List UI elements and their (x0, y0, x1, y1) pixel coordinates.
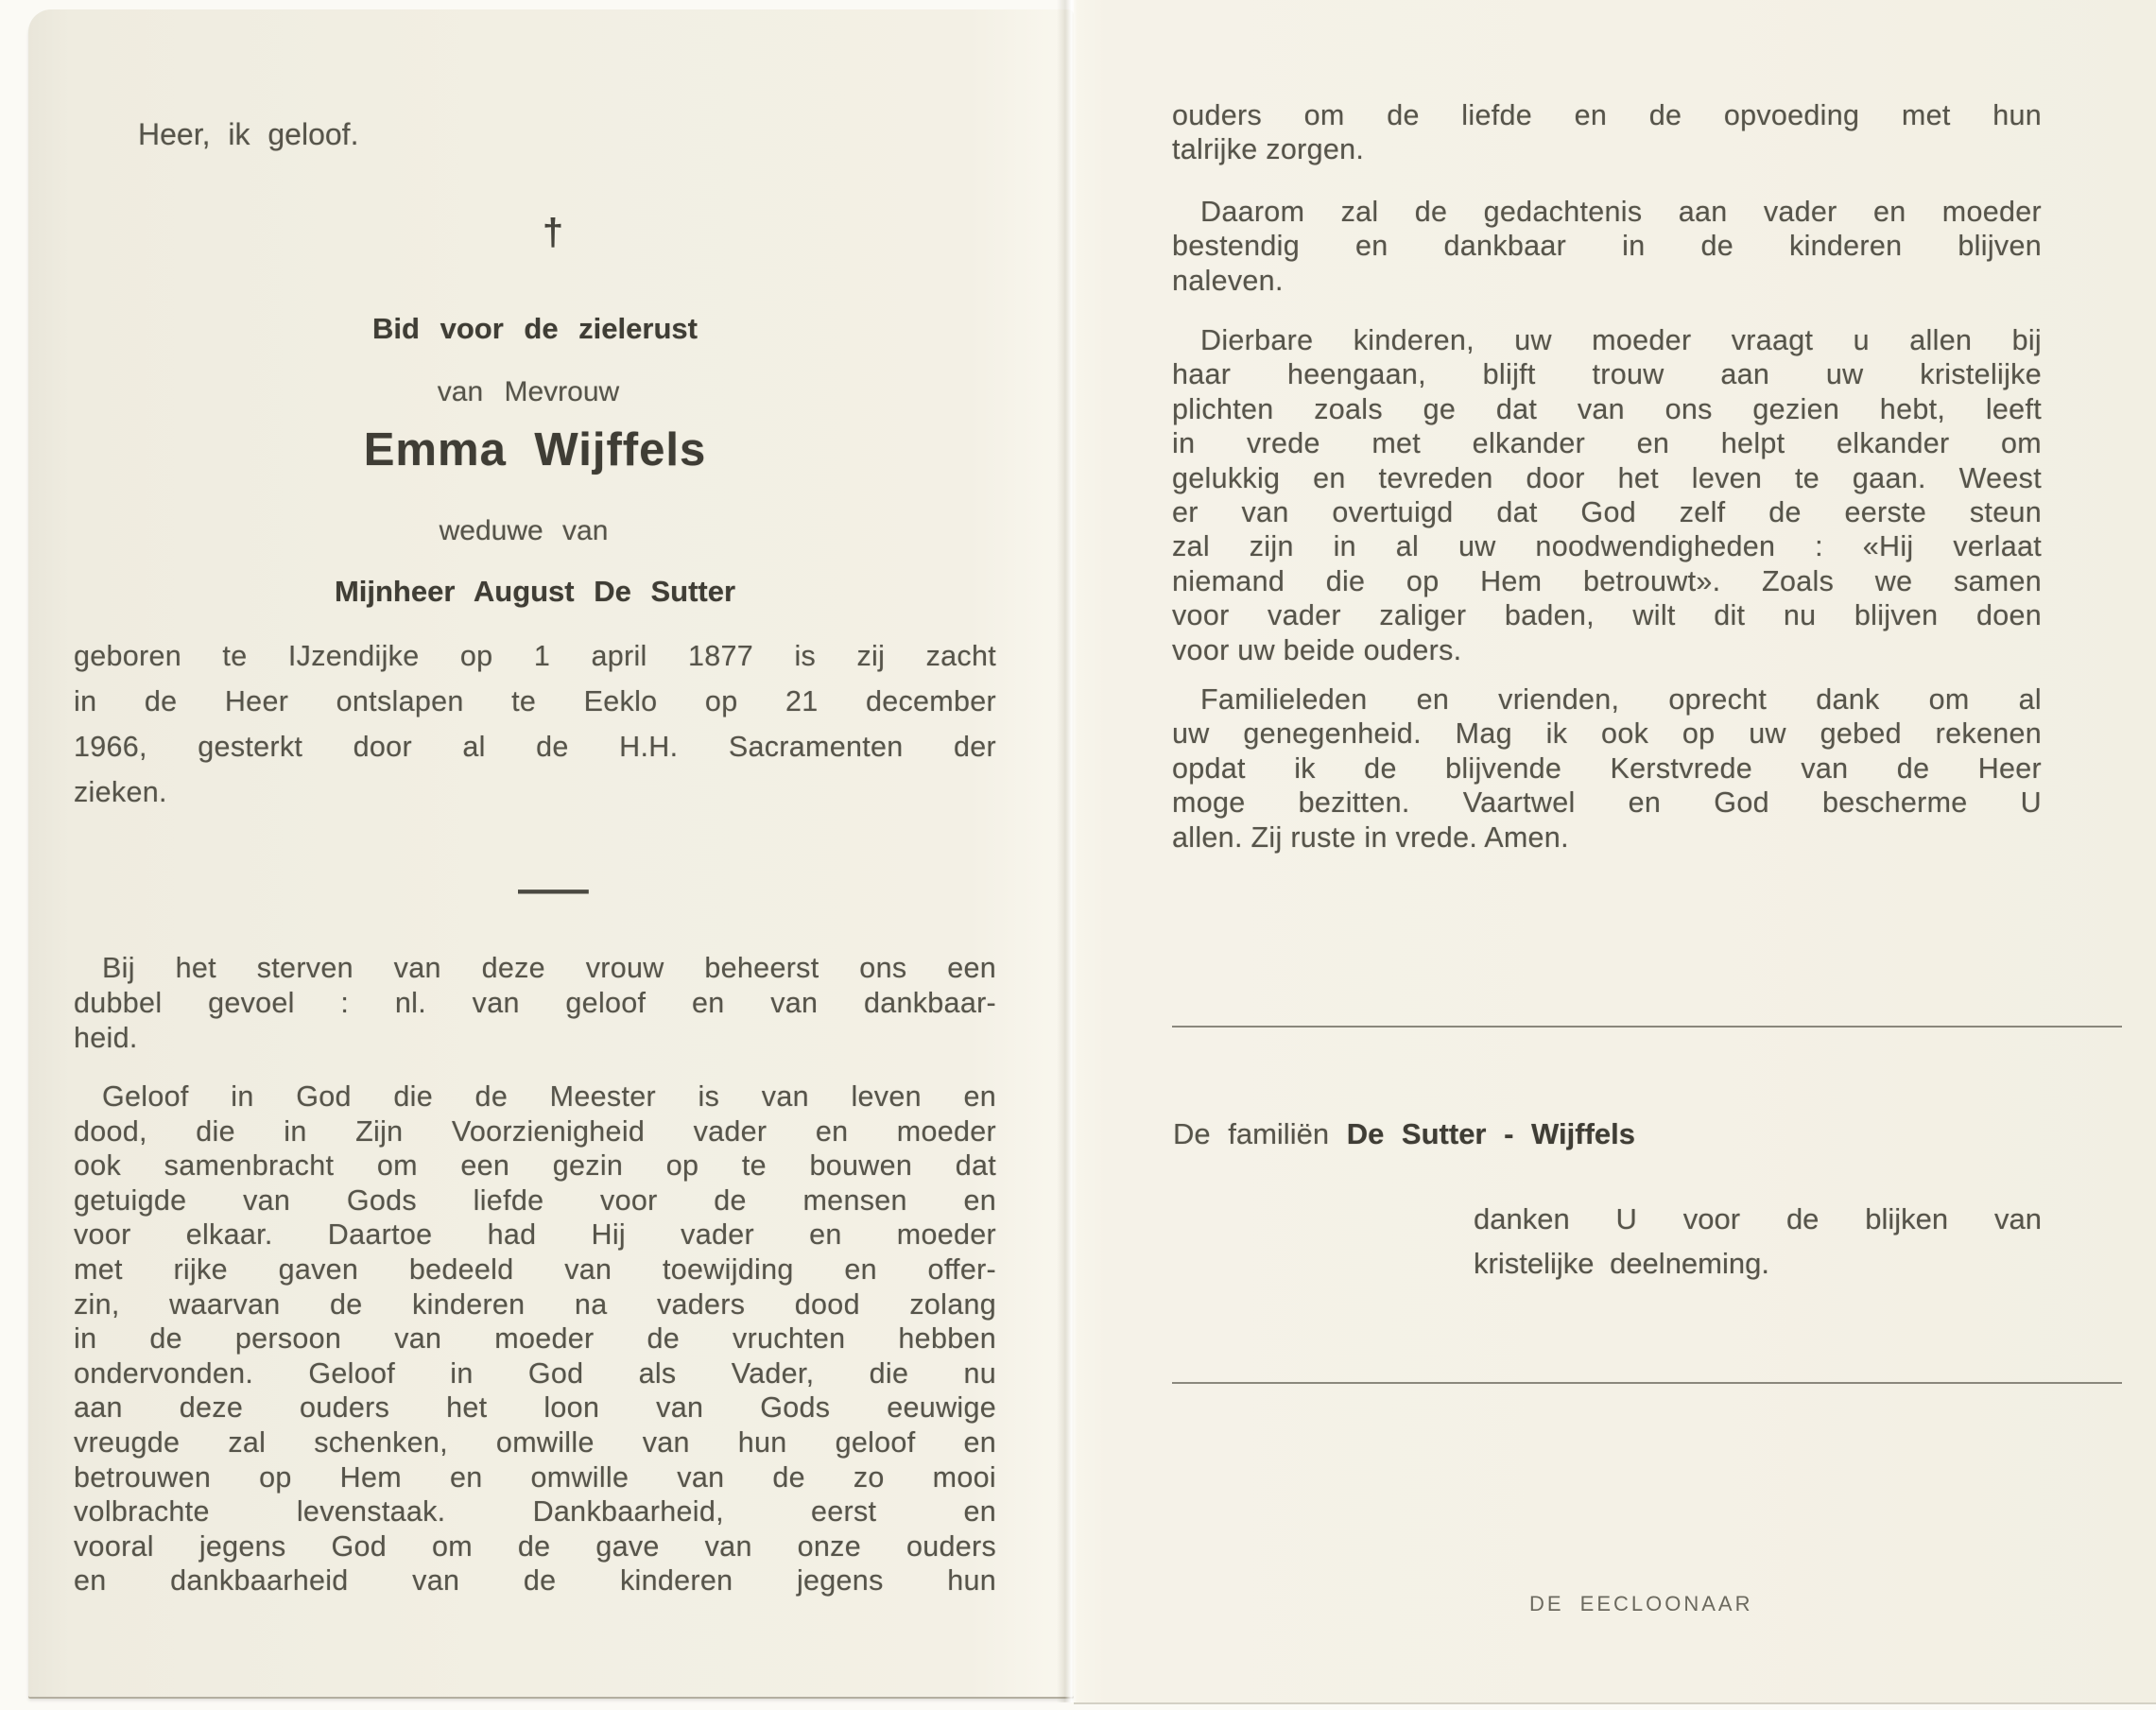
memorial-card-scan: Heer, ik geloof. † Bid voor de zielerust… (0, 0, 2156, 1710)
text-line: vooral jegens God om de gave van onze ou… (74, 1529, 996, 1564)
text-line: danken U voor de blijken van (1474, 1197, 2042, 1241)
text-line: dubbel gevoel : nl. van geloof en van da… (74, 986, 996, 1021)
family-names: De Sutter - Wijffels (1347, 1117, 1635, 1150)
text-line: Familieleden en vrienden, oprecht dank o… (1172, 682, 2042, 717)
text-line: 1966, gesterkt door al de H.H. Sacrament… (74, 724, 996, 769)
text-line: allen. Zij ruste in vrede. Amen. (1172, 820, 2042, 855)
opening-line: Heer, ik geloof. (138, 117, 358, 152)
text-line: er van overtuigd dat God zelf de eerste … (1172, 495, 2042, 529)
cross-icon: † (74, 212, 996, 254)
text-line: zal zijn in al uw noodwendigheden : «Hij… (1172, 529, 2042, 563)
text-line: in de persoon van moeder de vruchten heb… (74, 1321, 996, 1356)
text-line: in de Heer ontslapen te Eeklo op 21 dece… (74, 679, 996, 724)
horizontal-rule-bottom (1172, 1382, 2122, 1384)
section-divider: — (518, 866, 621, 913)
family-signature-line: De familiën De Sutter - Wijffels (1173, 1117, 2080, 1151)
printer-imprint: DE EECLOONAAR (1529, 1592, 1753, 1616)
paragraph-bij-het-sterven: Bij het sterven van deze vrouw beheerst … (74, 951, 996, 1056)
text-line: ondervonden. Geloof in God als Vader, di… (74, 1356, 996, 1391)
text-line: Daarom zal de gedachtenis aan vader en m… (1172, 195, 2042, 229)
text-line: kristelijke deelneming. (1474, 1241, 2042, 1286)
text-line: vreugde zal schenken, omwille van hun ge… (74, 1425, 996, 1460)
birth-death-paragraph: geboren te IJzendijke op 1 april 1877 is… (74, 633, 996, 815)
text-line: gelukkig en tevreden door het leven te g… (1172, 461, 2042, 495)
text-line: plichten zoals ge dat van ons gezien heb… (1172, 392, 2042, 426)
text-line: dood, die in Zijn Voorzienigheid vader e… (74, 1114, 996, 1149)
thanks-paragraph: danken U voor de blijken vankristelijke … (1474, 1197, 2042, 1286)
text-line: Geloof in God die de Meester is van leve… (74, 1080, 996, 1114)
family-prefix: De familiën (1173, 1117, 1329, 1150)
text-line: aan deze ouders het loon van Gods eeuwig… (74, 1390, 996, 1425)
text-line: voor uw beide ouders. (1172, 633, 2042, 667)
text-line: ook samenbracht om een gezin op te bouwe… (74, 1149, 996, 1183)
text-line: bestendig en dankbaar in de kinderen bli… (1172, 229, 2042, 263)
text-line: uw genegenheid. Mag ik ook op uw gebed r… (1172, 717, 2042, 751)
paragraph-daarom: Daarom zal de gedachtenis aan vader en m… (1172, 195, 2042, 298)
text-line: geboren te IJzendijke op 1 april 1877 is… (74, 633, 996, 679)
widow-of-line: weduwe van (74, 515, 996, 547)
text-line: Bij het sterven van deze vrouw beheerst … (74, 951, 996, 986)
text-line: talrijke zorgen. (1172, 132, 2042, 166)
text-line: volbrachte levenstaak. Dankbaarheid, eer… (74, 1494, 996, 1529)
text-line: getuigde van Gods liefde voor de mensen … (74, 1183, 996, 1218)
paragraph-geloof-in-god: Geloof in God die de Meester is van leve… (74, 1080, 996, 1598)
paragraph-ouders-continuation: ouders om de liefde en de opvoeding met … (1172, 98, 2042, 167)
husband-name: Mijnheer August De Sutter (74, 575, 996, 609)
text-line: ouders om de liefde en de opvoeding met … (1172, 98, 2042, 132)
text-line: Dierbare kinderen, uw moeder vraagt u al… (1172, 323, 2042, 357)
pray-heading: Bid voor de zielerust (74, 312, 996, 346)
text-line: met rijke gaven bedeeld van toewijding e… (74, 1252, 996, 1287)
text-line: in vrede met elkander en helpt elkander … (1172, 426, 2042, 460)
text-line: voor elkaar. Daartoe had Hij vader en mo… (74, 1218, 996, 1252)
text-line: voor vader zaliger baden, wilt dit nu bl… (1172, 598, 2042, 632)
paragraph-dierbare-kinderen: Dierbare kinderen, uw moeder vraagt u al… (1172, 323, 2042, 667)
text-line: opdat ik de blijvende Kerstvrede van de … (1172, 751, 2042, 786)
center-fold (1057, 0, 1078, 1702)
text-line: niemand die op Hem betrouwt». Zoals we s… (1172, 564, 2042, 598)
text-line: moge bezitten. Vaartwel en God bescherme… (1172, 786, 2042, 820)
text-line: haar heengaan, blijft trouw aan uw krist… (1172, 357, 2042, 391)
text-line: en dankbaarheid van de kinderen jegens h… (74, 1563, 996, 1598)
horizontal-rule-top (1172, 1026, 2122, 1028)
text-line: heid. (74, 1021, 996, 1056)
text-line: zieken. (74, 769, 996, 815)
deceased-name: Emma Wijffels (74, 423, 996, 476)
paragraph-familieleden: Familieleden en vrienden, oprecht dank o… (1172, 682, 2042, 855)
text-line: betrouwen op Hem en omwille van de zo mo… (74, 1460, 996, 1495)
text-line: zin, waarvan de kinderen na vaders dood … (74, 1287, 996, 1322)
text-line: naleven. (1172, 264, 2042, 298)
of-mrs-line: van Mevrouw (74, 376, 996, 408)
